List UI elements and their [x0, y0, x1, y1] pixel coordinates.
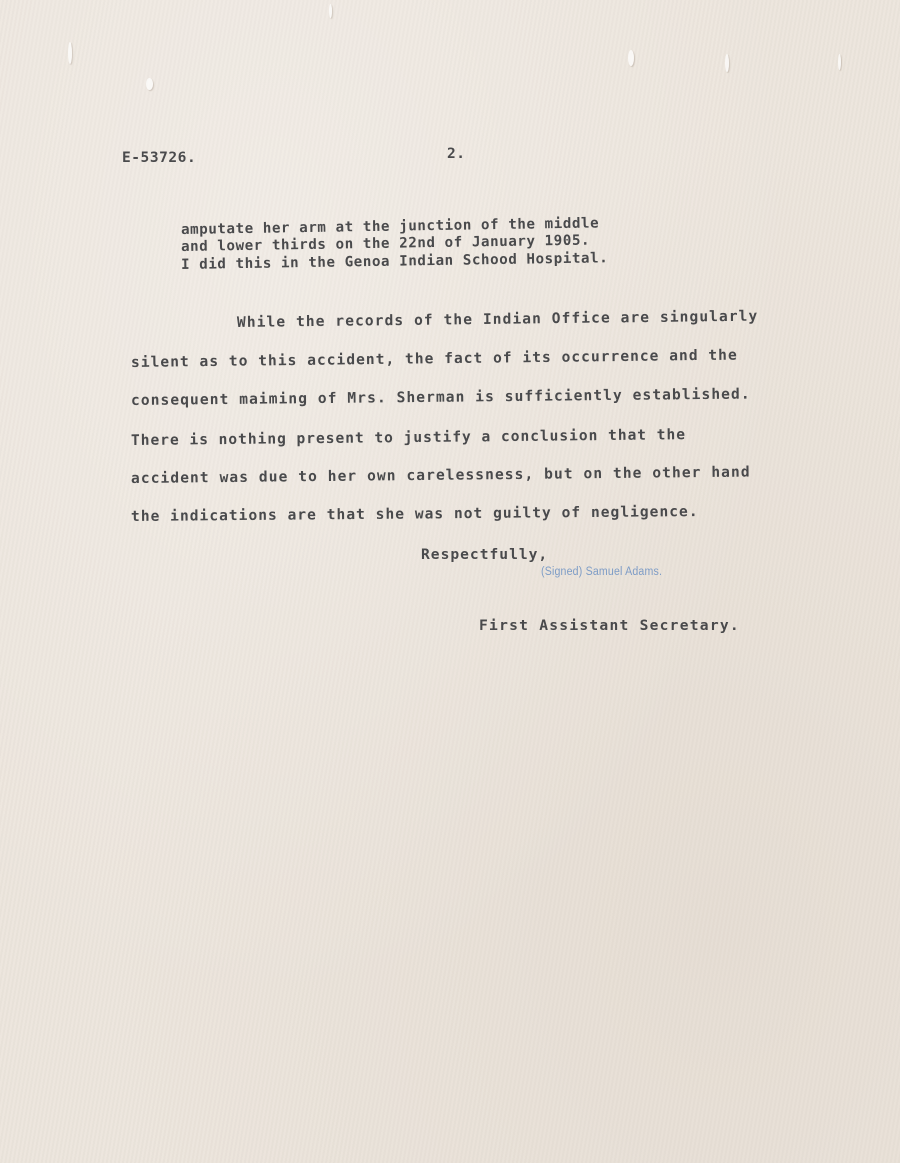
paragraph-line: silent as to this accident, the fact of …	[131, 347, 738, 371]
paragraph-line: consequent maiming of Mrs. Sherman is su…	[131, 386, 751, 409]
signature-stamp: (Signed) Samuel Adams.	[541, 566, 662, 578]
signer-title: First Assistant Secretary.	[479, 617, 740, 634]
reference-number: E-53726.	[122, 150, 196, 166]
document-page: E-53726. 2. amputate her arm at the junc…	[0, 0, 900, 1163]
paper-blemish	[725, 54, 729, 72]
closing-salutation: Respectfully,	[421, 546, 548, 563]
page-number: 2.	[447, 146, 466, 162]
paragraph-line: While the records of the Indian Office a…	[237, 308, 758, 331]
paper-blemish	[68, 42, 72, 64]
paper-blemish	[146, 78, 153, 90]
paper-blemish	[838, 54, 841, 70]
paper-blemish	[628, 50, 634, 66]
paragraph-line: accident was due to her own carelessness…	[131, 464, 751, 487]
paper-blemish	[329, 4, 332, 18]
paragraph-line: the indications are that she was not gui…	[131, 503, 699, 525]
paragraph-line: There is nothing present to justify a co…	[131, 426, 686, 449]
